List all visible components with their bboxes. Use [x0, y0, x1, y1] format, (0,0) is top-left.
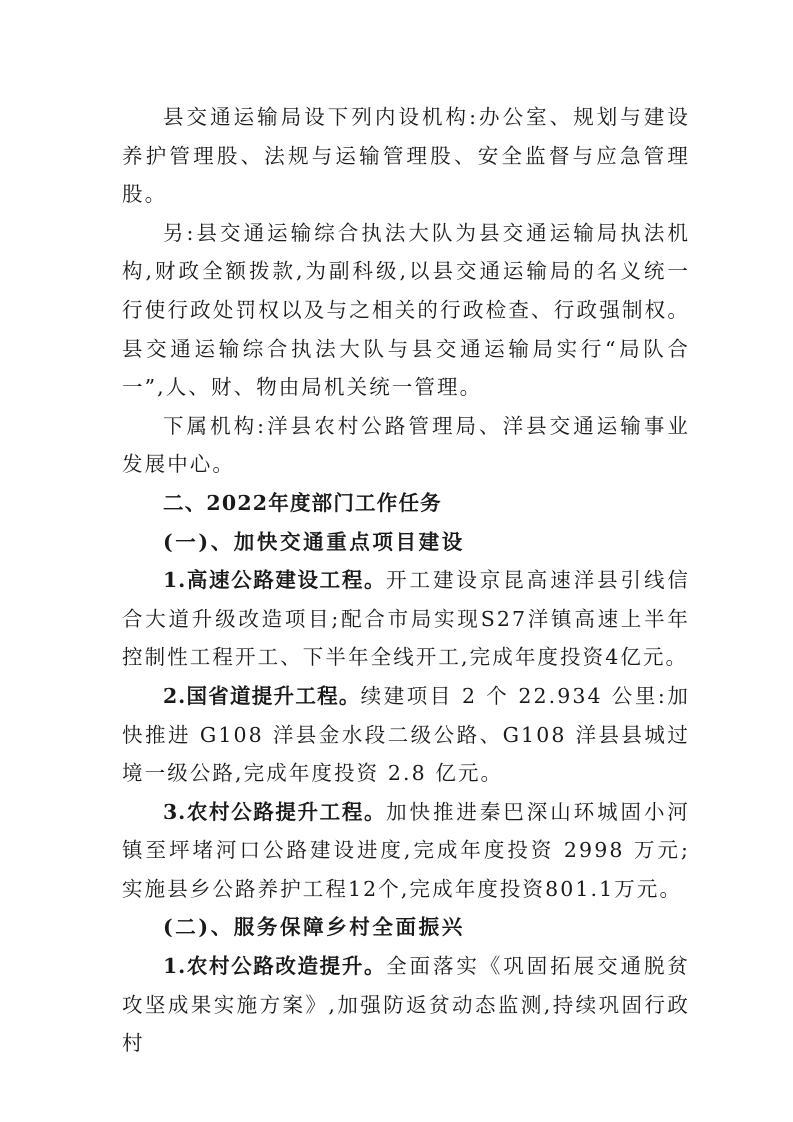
item-lead: 1.高速公路建设工程。 [163, 568, 386, 592]
paragraph-enforcement-brigade: 另:县交通运输综合执法大队为县交通运输局执法机构,财政全额拨款,为副科级,以县交… [122, 214, 690, 407]
section-heading-2022-tasks: 二、2022年度部门工作任务 [122, 484, 690, 523]
paragraph-internal-structure: 县交通运输局设下列内设机构:办公室、规划与建设养护管理股、法规与运输管理股、安全… [122, 98, 690, 214]
item-lead: 3.农村公路提升工程。 [163, 800, 386, 824]
item-national-provincial-roads: 2.国省道提升工程。续建项目 2 个 22.934 公里:加快推进 G108 洋… [122, 677, 690, 793]
subsection-heading-key-projects: (一)、加快交通重点项目建设 [122, 523, 690, 562]
item-lead: 1.农村公路改造提升。 [163, 954, 386, 978]
item-expressway-construction: 1.高速公路建设工程。开工建设京昆高速洋县引线信合大道升级改造项目;配合市局实现… [122, 561, 690, 677]
paragraph-subordinate-units: 下属机构:洋县农村公路管理局、洋县交通运输事业发展中心。 [122, 407, 690, 484]
item-rural-roads-upgrade: 3.农村公路提升工程。加快推进秦巴深山环城固小河镇至坪堵河口公路建设进度,完成年… [122, 793, 690, 909]
document-page: 县交通运输局设下列内设机构:办公室、规划与建设养护管理股、法规与运输管理股、安全… [122, 98, 690, 1063]
item-rural-road-renovation: 1.农村公路改造提升。全面落实《巩固拓展交通脱贫攻坚成果实施方案》,加强防返贫动… [122, 947, 690, 1063]
item-lead: 2.国省道提升工程。 [163, 684, 361, 708]
subsection-heading-rural-revitalization: (二)、服务保障乡村全面振兴 [122, 908, 690, 947]
